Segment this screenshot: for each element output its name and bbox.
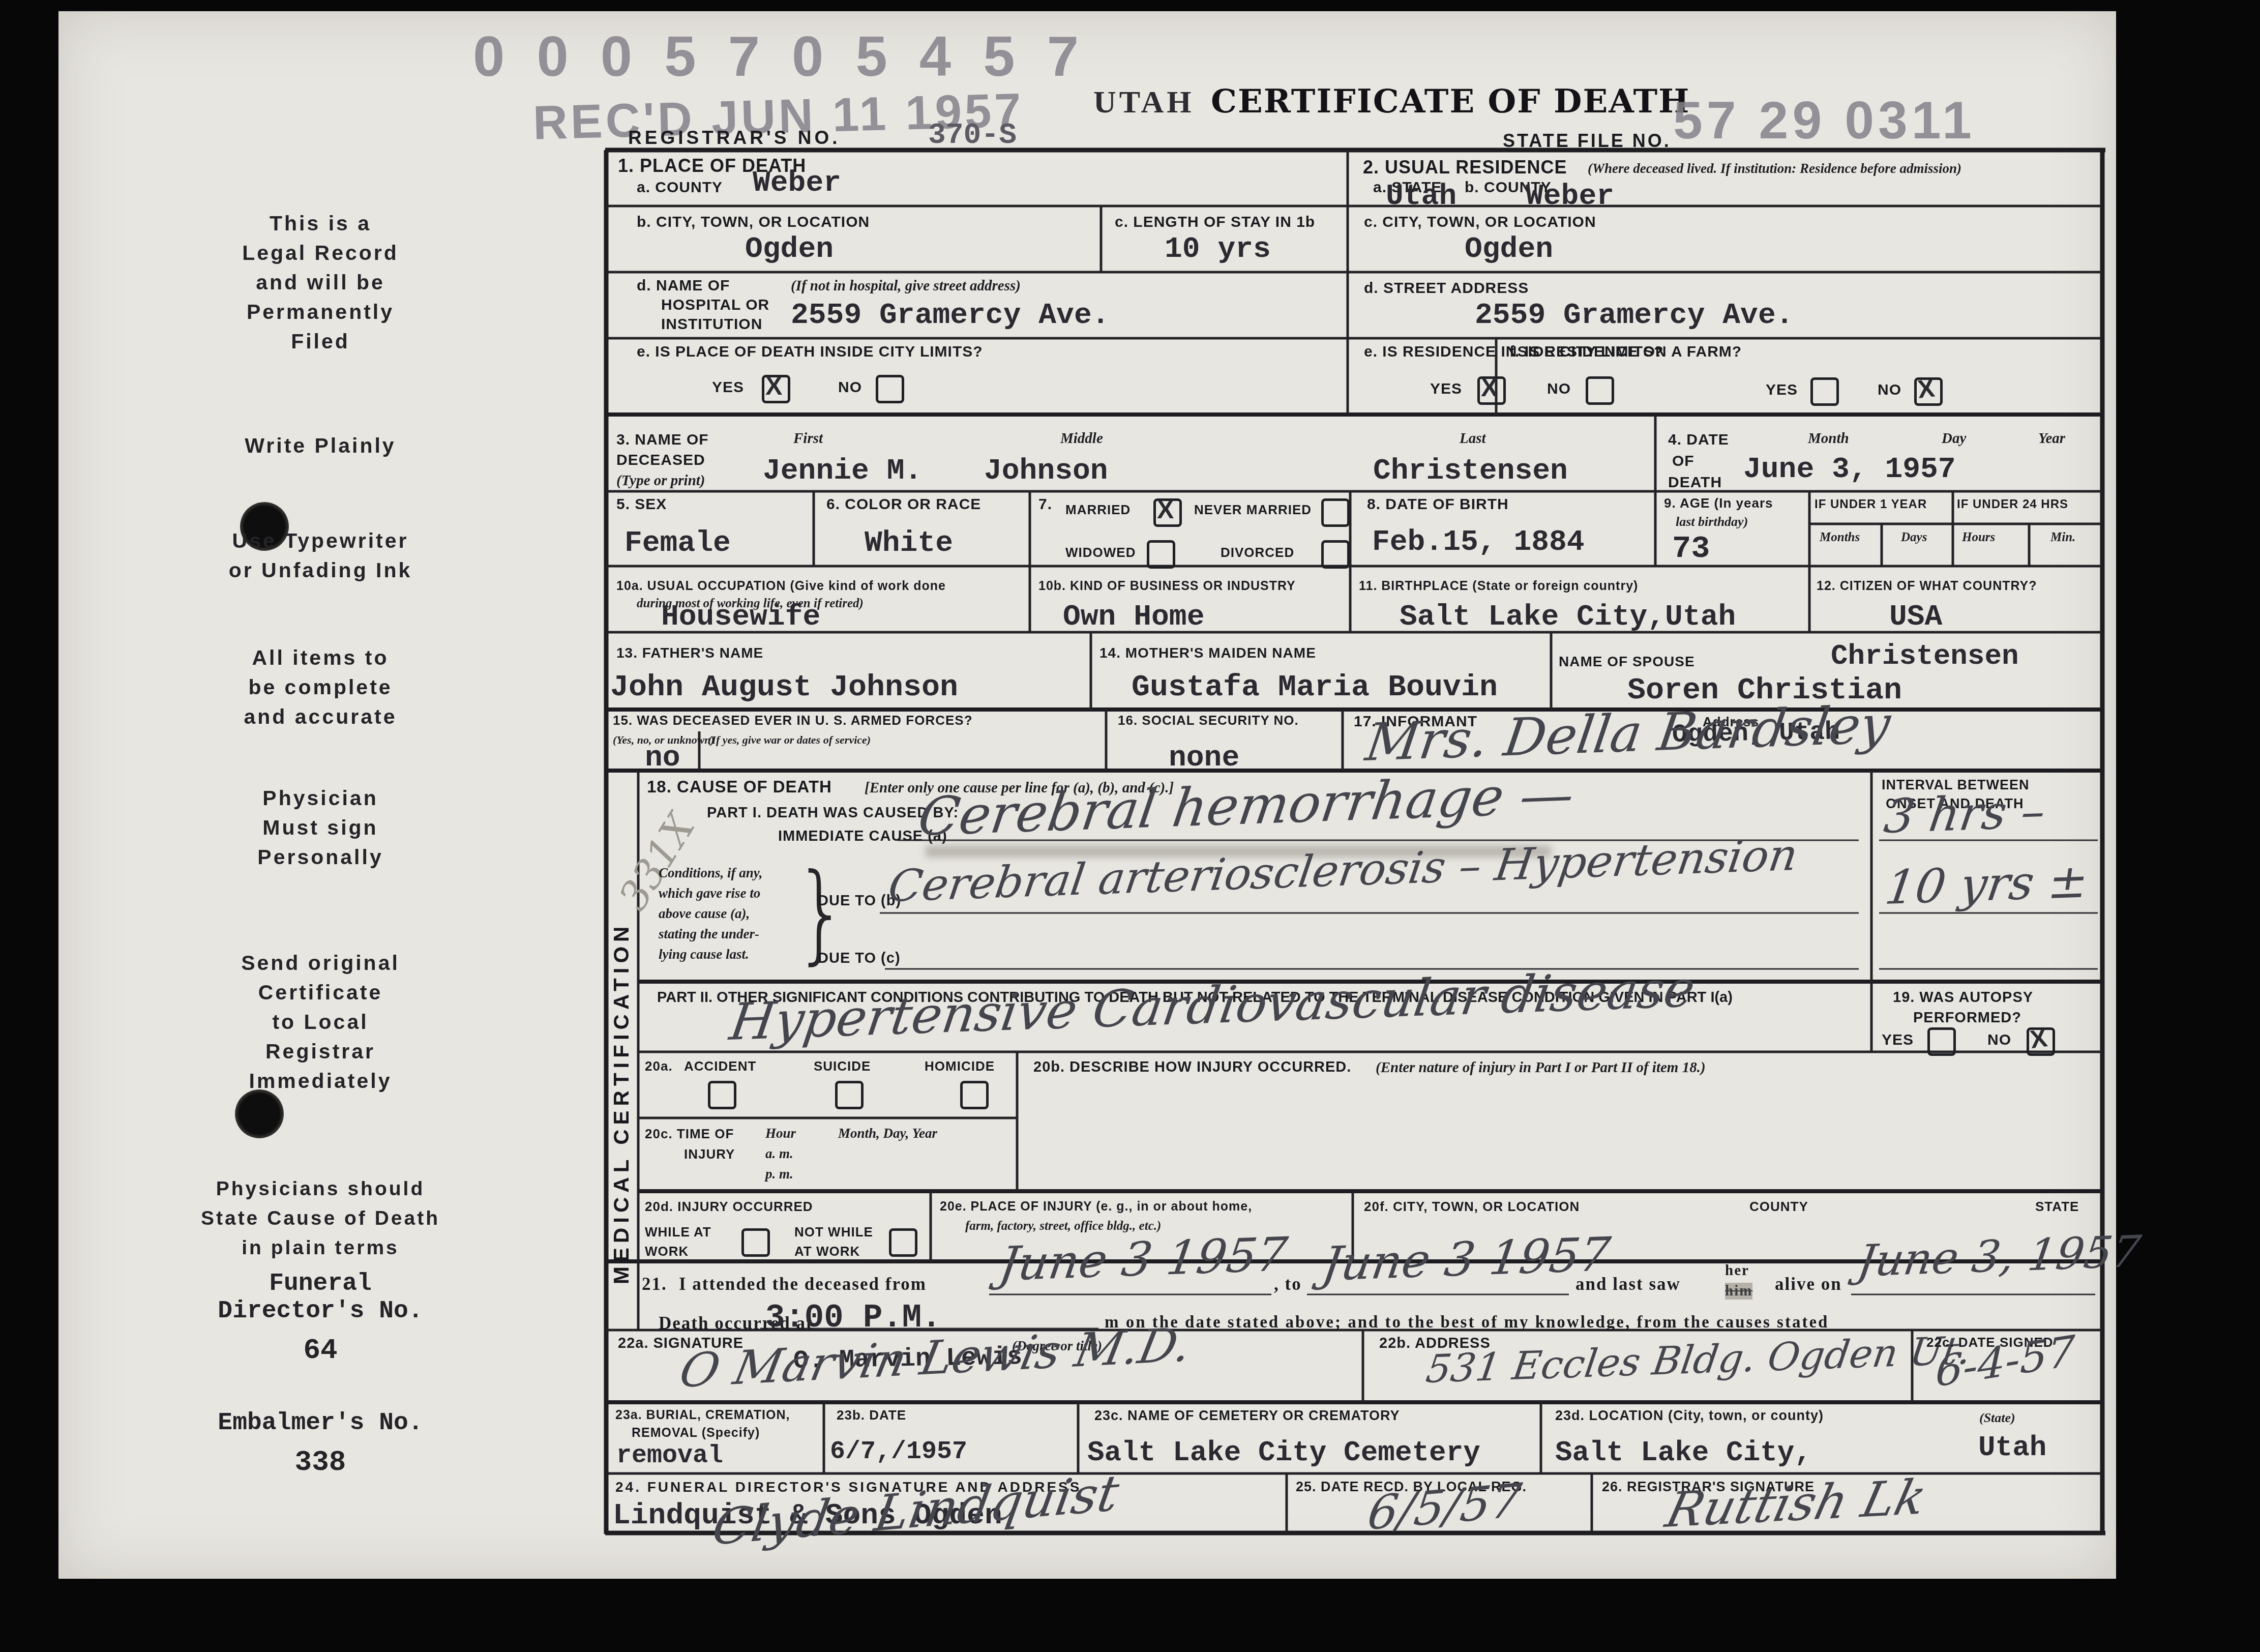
month-day-year-header: Month, Day, Year [838,1125,937,1141]
social-security-value: none [1169,744,1239,773]
pm-label: p. m. [765,1166,793,1182]
accident-label: ACCIDENT [684,1059,756,1074]
fathers-name-value: John August Johnson [610,672,958,703]
date-of-death-label: 4. DATE [1668,431,1729,449]
time-of-injury-label: INJURY [684,1147,735,1162]
autopsy-yes-checkbox [1927,1027,1956,1056]
cause-of-death-title: 18. CAUSE OF DEATH [647,777,832,796]
conditions-note-line: stating the under- [659,926,759,942]
cemetery-name-label: 23c. NAME OF CEMETERY OR CREMATORY [1094,1408,1400,1424]
cemetery-location-value: Salt Lake City, [1555,1438,1811,1467]
cemetery-name-value: Salt Lake City Cemetery [1087,1438,1480,1467]
attended-from-date: June 3 1957 [997,1233,1290,1285]
last-name-header: Last [1460,430,1486,448]
while-at-work-label: WORK [645,1244,689,1259]
month-header: Month [1808,430,1849,448]
armed-forces-label: 15. WAS DECEASED EVER IN U. S. ARMED FOR… [613,713,973,728]
autopsy-yes-label: YES [1882,1031,1914,1049]
scanned-death-certificate: 0 0 0 5 7 0 5 4 5 7 REC'D JUN 11 1957 RE… [0,0,2260,1652]
residence-city-value: Ogden [1465,235,1553,264]
death-city-limits-no-checkbox [876,375,904,403]
citizen-label: 12. CITIZEN OF WHAT COUNTRY? [1817,579,2037,594]
suicide-checkbox [835,1081,864,1109]
occupation-label: 10a. USUAL OCCUPATION (Give kind of work… [616,579,946,594]
hospital-name-label: INSTITUTION [661,316,762,334]
last-name-value: Christensen [1373,457,1568,486]
married-label: MARRIED [1065,503,1131,518]
divorced-label: DIVORCED [1221,545,1294,560]
residence-county-value: Weber [1526,182,1614,212]
city-of-death-value: Ogden [745,235,834,264]
attended-statement-text: I attended the deceased from [679,1274,927,1294]
age-label: last birthday) [1676,514,1748,529]
residence-farm-yes-label: YES [1766,381,1798,399]
cemetery-location-label: 23d. LOCATION (City, town, or county) [1555,1408,1824,1424]
date-of-death-label: OF [1672,453,1694,470]
social-security-label: 16. SOCIAL SECURITY NO. [1118,713,1299,728]
burial-label: 23a. BURIAL, CREMATION, [615,1408,790,1423]
armed-forces-value: no [645,744,680,773]
accident-checkbox [708,1081,736,1109]
autopsy-label: 19. WAS AUTOPSY [1893,989,2033,1006]
attended-statement-text: , to [1274,1274,1302,1294]
am-label: a. m. [765,1145,793,1162]
interval-a-value: 3 hrs – [1882,790,2048,838]
checkbox-x-mark: X [2029,1025,2049,1052]
residence-farm-no-label: NO [1878,381,1901,399]
sex-label: 5. SEX [616,496,667,514]
date-of-birth-label: 8. DATE OF BIRTH [1367,496,1509,514]
last-seen-alive-date: June 3, 1957 [1855,1232,2143,1282]
residence-farm-yes-checkbox [1810,377,1839,406]
cemetery-state-header: (State) [1979,1410,2015,1426]
registrar-signature-script: Ruttish Lk [1662,1476,1930,1533]
checkbox-x-mark: X [1157,497,1174,522]
residence-city-label: c. CITY, TOWN, OR LOCATION [1364,214,1596,231]
color-race-label: 6. COLOR OR RACE [826,496,981,514]
never-married-checkbox [1321,498,1350,527]
county-of-death-value: Weber [753,169,841,198]
length-of-stay-label: c. LENGTH OF STAY IN 1b [1115,214,1315,231]
conditions-note-line: lying cause last. [659,946,749,962]
cemetery-state-value: Utah [1978,1433,2046,1462]
not-while-at-work-checkbox [889,1228,917,1257]
city-of-death-label: b. CITY, TOWN, OR LOCATION [637,214,870,231]
color-race-value: White [865,529,953,558]
business-industry-label: 10b. KIND OF BUSINESS OR INDUSTRY [1038,579,1296,594]
married-checkbox: X [1153,498,1182,527]
time-of-death-value: 3:00 P.M. [765,1302,941,1335]
name-of-spouse-label: NAME OF SPOUSE [1559,654,1695,670]
checkbox-x-mark: X [1916,375,1936,402]
residence-city-limits-yes-label: YES [1430,380,1462,398]
while-at-work-checkbox [741,1228,770,1257]
date-of-birth-value: Feb.15, 1884 [1372,528,1585,557]
autopsy-no-checkbox: X [2027,1027,2055,1056]
conditions-note-line: Conditions, if any, [659,865,763,881]
age-label: 9. AGE (In years [1664,496,1773,511]
county-of-death-label: a. COUNTY [637,179,723,197]
widowed-label: WIDOWED [1065,545,1136,560]
describe-injury-label: 20b. DESCRIBE HOW INJURY OCCURRED. [1033,1059,1351,1076]
if-under-1-year-label: IF UNDER 1 YEAR [1815,497,1927,512]
first-name-header: First [793,430,823,448]
usual-residence-title: 2. USUAL RESIDENCE [1363,157,1567,178]
autopsy-label: PERFORMED? [1913,1010,2021,1026]
mothers-maiden-name-value: Gustafa Maria Bouvin [1132,672,1498,703]
attended-to-date: June 3 1957 [1320,1233,1613,1285]
hours-header: Hours [1962,530,1995,545]
him-word-struck: him [1725,1283,1752,1300]
length-of-stay-value: 10 yrs [1165,235,1271,264]
hospital-note: (If not in hospital, give street address… [791,277,1021,295]
her-word: her [1725,1262,1749,1279]
autopsy-no-label: NO [1987,1031,2011,1049]
burial-label: REMOVAL (Specify) [632,1426,760,1440]
due-to-c-label: DUE TO (c) [818,950,901,967]
hospital-name-label: HOSPITAL OR [661,297,769,314]
day-header: Day [1942,430,1966,448]
sex-value: Female [625,529,731,558]
hour-header: Hour [765,1125,796,1141]
injury-state-header: STATE [2035,1199,2079,1215]
occupation-value: Housewife [661,603,820,632]
attended-statement-text: and last saw [1575,1274,1681,1294]
death-city-limits-no-label: NO [838,379,862,397]
birthplace-value: Salt Lake City,Utah [1400,603,1736,632]
marital-status-label: 7. [1038,496,1052,514]
birthplace-label: 11. BIRTHPLACE (State or foreign country… [1359,579,1638,594]
interval-b-value: 10 yrs ± [1883,860,2091,909]
accident-section-label: 20a. [645,1059,673,1074]
street-address-label: d. STREET ADDRESS [1364,280,1529,298]
name-of-spouse-value: Christensen [1831,642,2019,670]
usual-residence-note: (Where deceased lived. If institution: R… [1588,160,1961,176]
middle-name-value: Johnson [984,457,1108,486]
mothers-maiden-name-label: 14. MOTHER'S MAIDEN NAME [1099,645,1316,661]
not-while-at-work-label: NOT WHILE [794,1225,873,1240]
armed-forces-note: (If yes, give war or dates of service) [708,733,871,747]
not-while-at-work-label: AT WORK [794,1244,860,1259]
first-name-value: Jennie M. [763,457,922,486]
injury-county-header: COUNTY [1749,1199,1808,1215]
residence-farm-label: f. IS RESIDENCE ON A FARM? [1509,343,1742,361]
checkbox-x-mark: X [765,373,782,399]
name-of-deceased-label: DECEASED [616,452,705,469]
checkbox-x-mark: X [1481,375,1498,400]
burial-value: removal [616,1443,723,1469]
suicide-label: SUICIDE [814,1059,871,1074]
death-inside-city-limits-label: e. IS PLACE OF DEATH INSIDE CITY LIMITS? [637,343,983,361]
residence-city-limits-yes-checkbox: X [1477,376,1506,405]
residence-farm-no-checkbox: X [1914,377,1943,406]
injury-occurred-label: 20d. INJURY OCCURRED [645,1199,813,1215]
time-of-injury-label: 20c. TIME OF [645,1127,734,1142]
death-city-limits-yes-label: YES [712,379,744,397]
injury-city-label: 20f. CITY, TOWN, OR LOCATION [1364,1199,1580,1215]
medical-certification-label: MEDICAL CERTIFICATION [609,888,634,1284]
months-header: Months [1820,530,1860,545]
residence-city-limits-no-label: NO [1547,380,1571,398]
death-statement-text: m on the date stated above; and to the b… [1105,1313,1829,1333]
divorced-checkbox [1321,540,1350,569]
hospital-name-label: d. NAME OF [637,277,730,295]
date-of-death-value: June 3, 1957 [1743,455,1956,485]
if-under-24-hrs-label: IF UNDER 24 HRS [1957,497,2068,512]
middle-name-header: Middle [1060,430,1103,448]
while-at-work-label: WHILE AT [645,1225,711,1240]
hospital-address-value: 2559 Gramercy Ave. [791,301,1110,331]
name-of-deceased-label: 3. NAME OF [616,431,709,449]
death-city-limits-yes-checkbox: X [762,375,790,403]
attended-statement-text: alive on [1775,1274,1842,1294]
homicide-label: HOMICIDE [925,1059,995,1074]
street-address-value: 2559 Gramercy Ave. [1475,301,1794,331]
date-received-value: 6/5/57 [1365,1480,1524,1535]
residence-state-value: Utah [1386,182,1456,212]
citizen-value: USA [1889,603,1942,632]
conditions-note-line: which gave rise to [659,885,760,901]
minutes-header: Min. [2050,530,2075,545]
never-married-label: NEVER MARRIED [1194,503,1312,518]
widowed-checkbox [1147,540,1175,569]
days-header: Days [1901,530,1927,545]
business-industry-value: Own Home [1063,603,1204,632]
conditions-note-line: above cause (a), [659,905,750,922]
place-of-injury-note: farm, factory, street, office bldg., etc… [965,1219,1161,1234]
describe-injury-note: (Enter nature of injury in Part I or Par… [1376,1059,1706,1077]
homicide-checkbox [960,1081,989,1109]
type-or-print-note: (Type or print) [616,472,705,490]
age-value: 73 [1672,533,1710,565]
date-of-death-label: DEATH [1668,474,1722,492]
burial-date-label: 23b. DATE [837,1408,906,1423]
fathers-name-label: 13. FATHER'S NAME [616,645,763,661]
year-header: Year [2038,430,2065,448]
informant-signature: Mrs. Della Bardsley [1363,701,1893,766]
place-of-injury-label: 20e. PLACE OF INJURY (e. g., in or about… [940,1199,1252,1214]
burial-date-value: 6/7,/1957 [830,1439,967,1465]
residence-city-limits-no-checkbox [1586,376,1614,405]
attended-statement-number: 21. [642,1274,667,1294]
